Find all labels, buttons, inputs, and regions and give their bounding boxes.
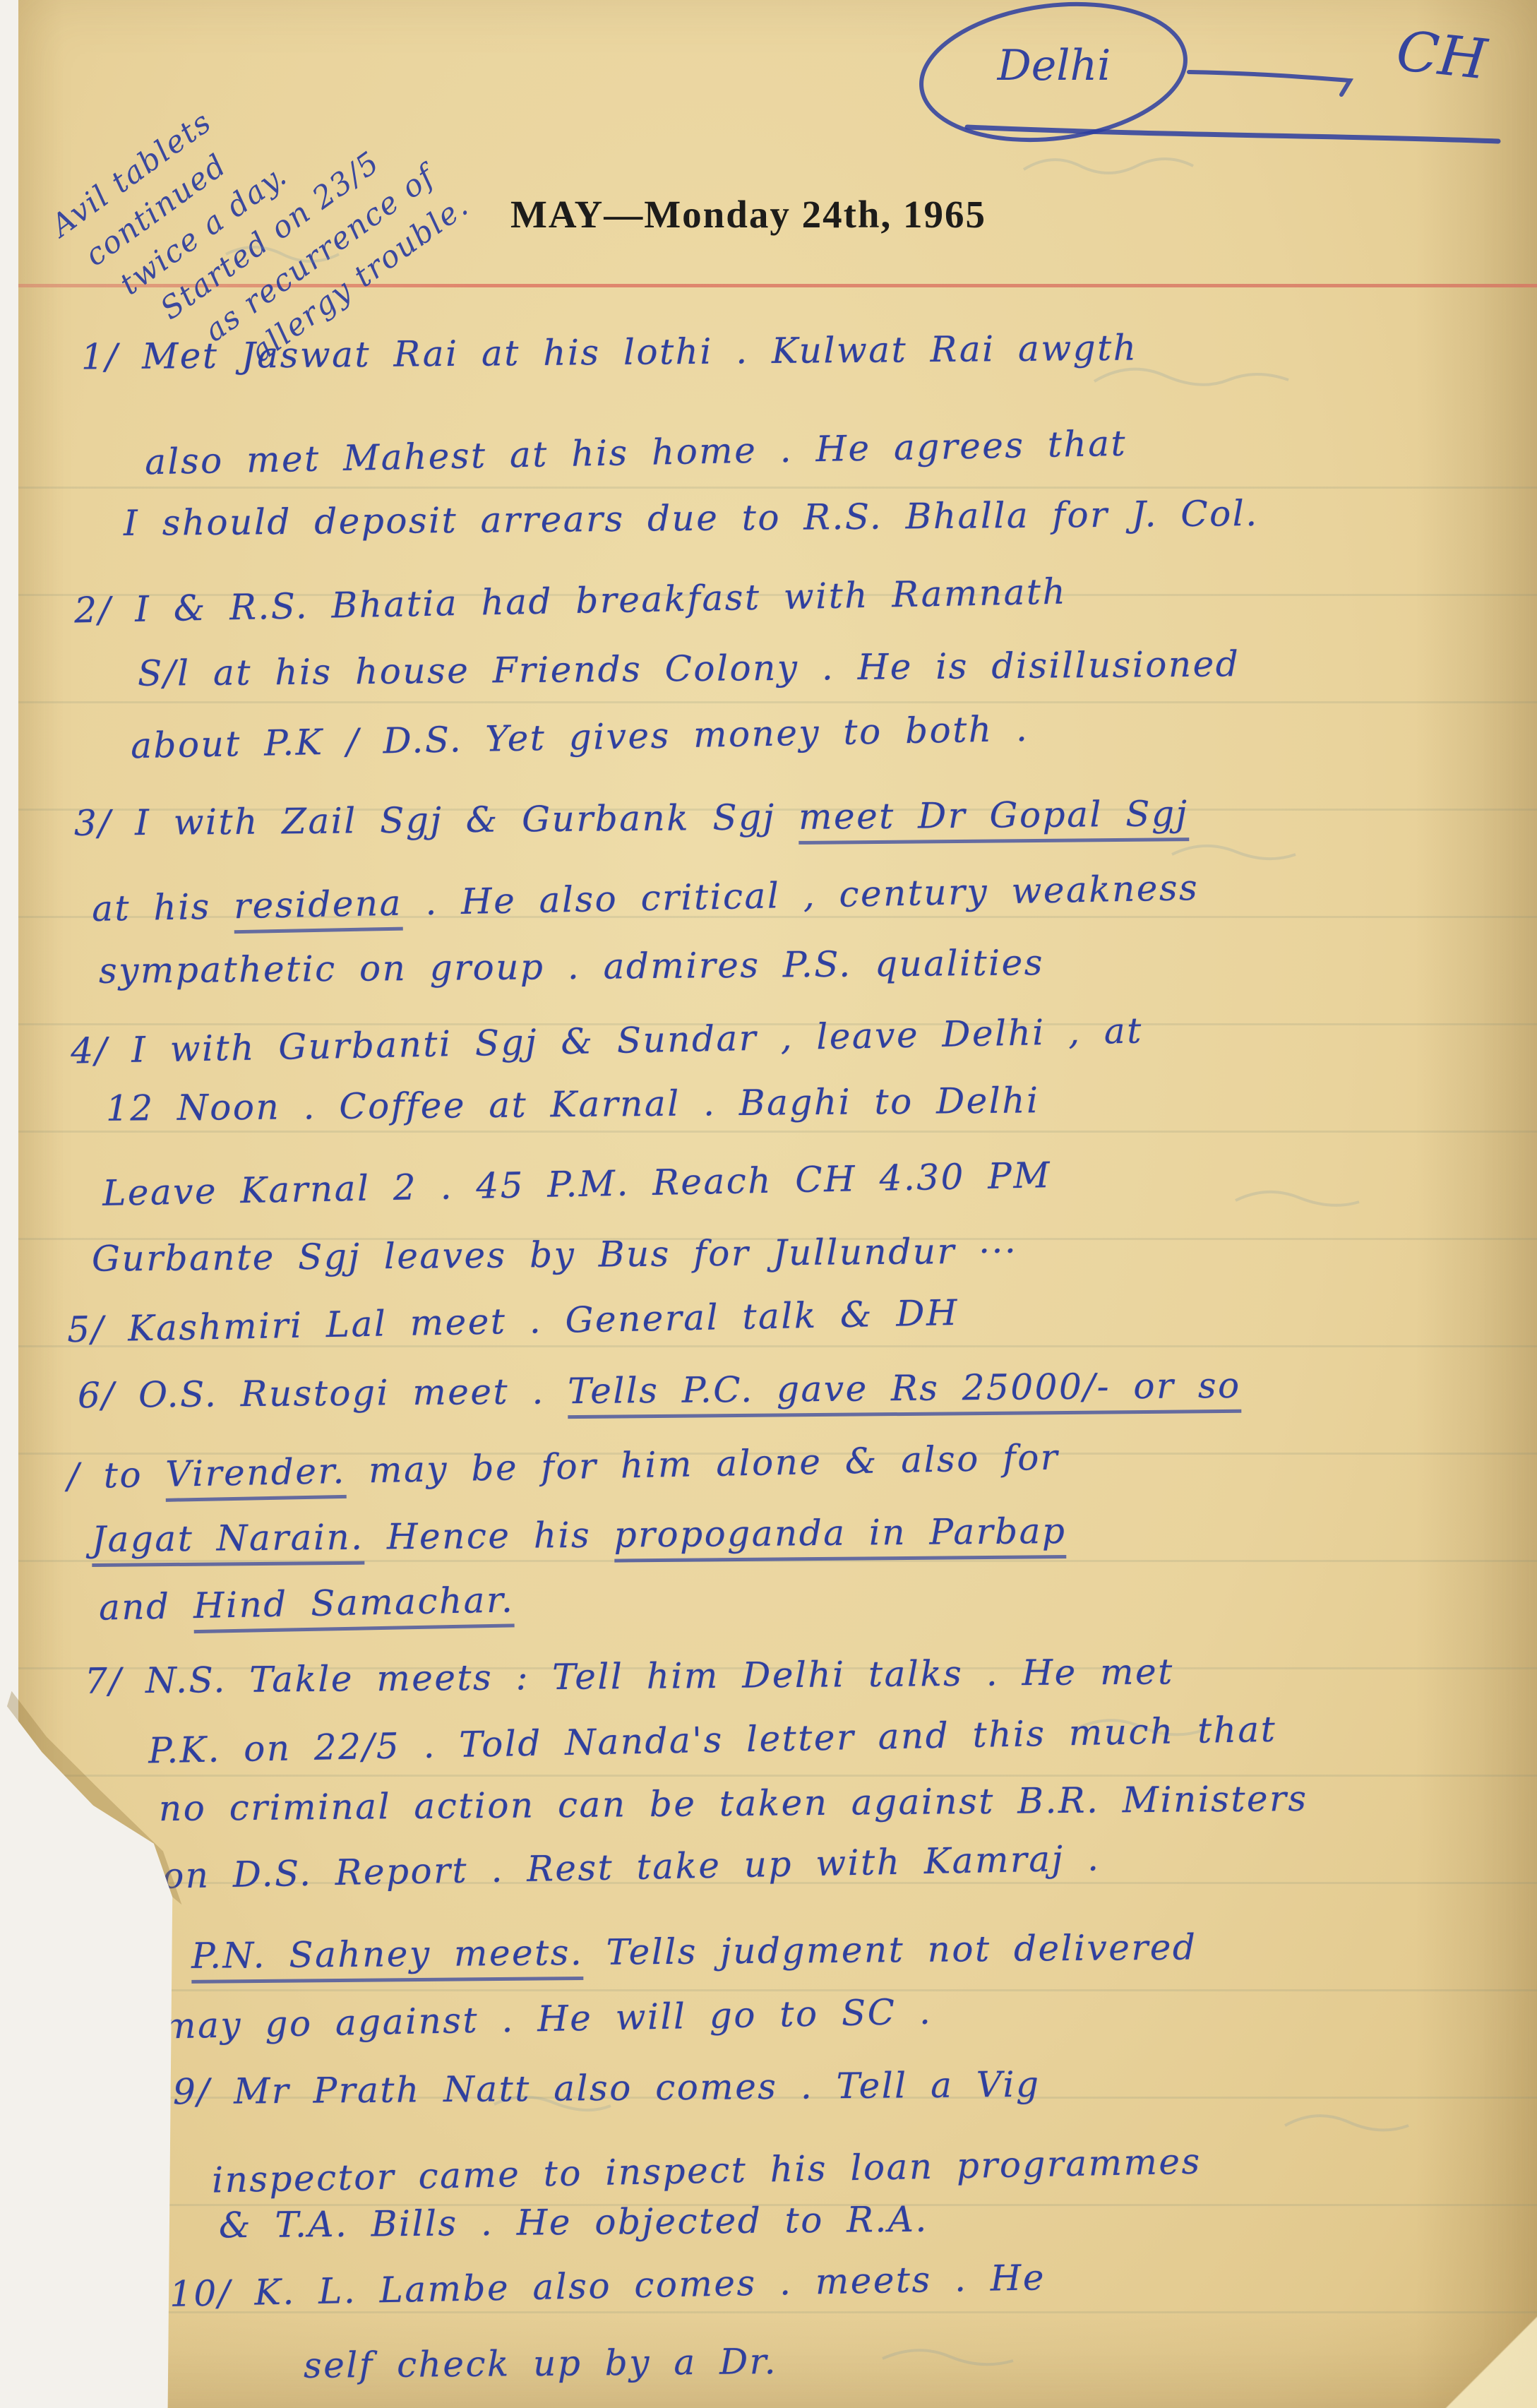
page-corner-sliver	[1424, 2316, 1537, 2408]
handwritten-line: 9/ Mr Prath Natt also comes . Tell a Vig	[173, 2064, 1041, 2113]
diary-page: MAY—Monday 24th, 1965 Avil tablets conti…	[0, 0, 1537, 2408]
handwriting-text: 9/ Mr Prath Natt also comes . Tell a Vig	[173, 2064, 1041, 2113]
handwritten-line: 12 Noon . Coffee at Karnal . Baghi to De…	[106, 1080, 1040, 1129]
handwriting-text: self check up by a Dr.	[304, 2341, 777, 2386]
ch-label: CH	[1394, 20, 1490, 93]
handwritten-line: self check up by a Dr.	[304, 2341, 777, 2386]
handwriting-text: 3/ I with Zail Sgj & Gurbank Sgj	[74, 797, 799, 844]
handwriting-text: Gurbante Sgj leaves by Bus for Jullundur…	[92, 1230, 1018, 1279]
handwriting-text: 12 Noon . Coffee at Karnal . Baghi to De…	[106, 1080, 1040, 1129]
handwritten-line: Gurbante Sgj leaves by Bus for Jullundur…	[92, 1230, 1018, 1279]
underlined-phrase: Virender.	[165, 1450, 347, 1502]
handwriting-text: and	[98, 1585, 193, 1628]
handwritten-line: & T.A. Bills . He objected to R.A.	[219, 2199, 928, 2246]
handwriting-text: / to	[67, 1454, 166, 1497]
handwritten-line: and Hind Samachar.	[98, 1579, 514, 1628]
handwritten-line: 3/ I with Zail Sgj & Gurbank Sgj meet Dr…	[74, 793, 1189, 844]
underlined-phrase: P.N. Sahney meets.	[191, 1932, 584, 1984]
handwriting-text: at his	[92, 886, 234, 929]
underlined-phrase: Hind Samachar.	[193, 1579, 515, 1633]
underlined-phrase: propoganda in Parbap	[614, 1510, 1066, 1563]
handwriting-text: Tells judgment not delivered	[583, 1926, 1197, 1973]
handwriting-text: Hence his	[364, 1515, 614, 1558]
handwritten-line: Jagat Narain. Hence his propoganda in Pa…	[92, 1510, 1067, 1560]
printed-date-header: MAY—Monday 24th, 1965	[480, 192, 1017, 237]
handwriting-text: sympathetic on group . admires P.S. qual…	[99, 942, 1044, 991]
underlined-phrase: residena	[234, 883, 403, 934]
underlined-phrase: meet Dr Gopal Sgj	[799, 793, 1189, 845]
handwriting-text: 6/ O.S. Rustogi meet .	[78, 1371, 568, 1416]
handwriting-text: & T.A. Bills . He objected to R.A.	[219, 2199, 928, 2246]
underlined-phrase: Tells P.C. gave Rs 25000/- or so	[568, 1365, 1241, 1419]
underlined-phrase: Jagat Narain.	[92, 1517, 364, 1567]
delhi-label: Delhi	[980, 41, 1128, 90]
handwritten-line: sympathetic on group . admires P.S. qual…	[99, 942, 1044, 991]
